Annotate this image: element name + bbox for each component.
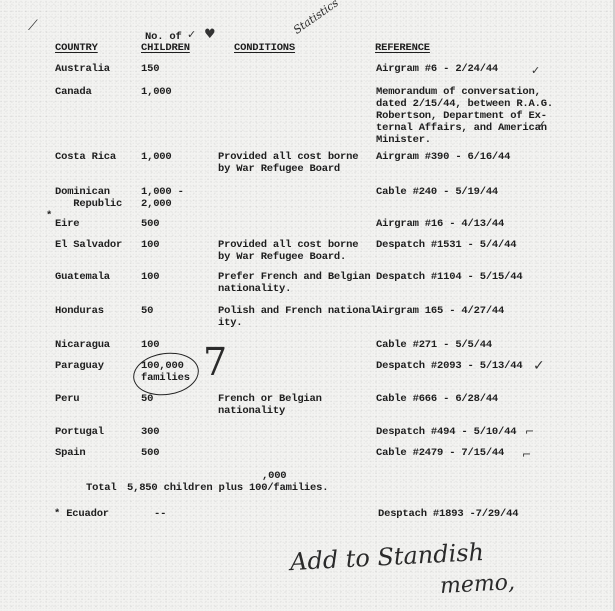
handwritten-note-line1: Add to Standish (289, 538, 484, 576)
row-children: 500 (141, 218, 159, 230)
handwritten-statistics-note: Statistics (291, 0, 341, 37)
row-reference: Despatch #2093 - 5/13/44 (376, 360, 522, 372)
ink-blot-icon: ♥ (204, 27, 216, 42)
row-reference: Airgram #6 - 2/24/44 (376, 63, 498, 75)
row-reference: Cable #240 - 5/19/44 (376, 186, 498, 198)
row-reference: Cable #666 - 6/28/44 (376, 393, 498, 405)
row-reference: Despatch #1104 - 5/15/44 (376, 271, 522, 283)
header-country: COUNTRY (55, 42, 98, 54)
row-country: Australia (55, 63, 110, 75)
row-reference: Memorandum of conversation, dated 2/15/4… (376, 86, 553, 146)
row-conditions: Provided all cost borne by War Refugee B… (218, 151, 358, 175)
row-children: 50 (141, 393, 153, 405)
total-insert: ,000 (262, 470, 286, 482)
checkmark-icon: ✓ (537, 118, 546, 131)
row-asterisk: * (46, 210, 52, 222)
row-country: Eire (55, 218, 79, 230)
row-reference: Cable #271 - 5/5/44 (376, 339, 492, 351)
corner-scribble-icon: ⟋ (28, 18, 38, 34)
row-reference: Airgram #16 - 4/13/44 (376, 218, 504, 230)
footnote-reference: Desptach #1893 -7/29/44 (378, 508, 518, 520)
header-reference: REFERENCE (375, 42, 430, 54)
checkmark-icon: ⌐ (522, 448, 531, 461)
checkmark-icon: ⌐ (525, 425, 534, 438)
checkmark-icon: ✓ (533, 358, 545, 374)
row-country: Honduras (55, 305, 104, 317)
footnote-children: -- (154, 508, 166, 520)
total-label: Total (86, 482, 117, 494)
row-reference: Airgram #390 - 6/16/44 (376, 151, 510, 163)
row-reference: Cable #2479 - 7/15/44 (376, 447, 504, 459)
row-conditions: Prefer French and Belgian nationality. (218, 271, 371, 295)
checkmark-icon: ✓ (531, 64, 540, 77)
document-page: COUNTRY No. of CHILDREN CONDITIONS REFER… (0, 0, 615, 611)
handwritten-note-line2: memo, (439, 570, 515, 599)
row-children: 300 (141, 426, 159, 438)
row-country: Canada (55, 86, 92, 98)
row-country: Guatemala (55, 271, 110, 283)
handwritten-circle (130, 349, 201, 400)
row-children: 100 (141, 271, 159, 283)
row-children: 1,000 - 2,000 (141, 186, 184, 210)
row-country: Portugal (55, 426, 104, 438)
row-children: 1,000 (141, 86, 172, 98)
row-country: Costa Rica (55, 151, 116, 163)
row-children: 500 (141, 447, 159, 459)
handwritten-arrow-mark: 7 (203, 340, 227, 384)
row-conditions: Provided all cost borne by War Refugee B… (218, 239, 358, 263)
header-children-line2: CHILDREN (141, 42, 190, 54)
row-country: El Salvador (55, 239, 122, 251)
row-conditions: Polish and French national- ity. (218, 305, 383, 329)
row-children: 50 (141, 305, 153, 317)
total-text: 5,850 children plus 100/families. (127, 482, 328, 494)
row-children: 100 (141, 339, 159, 351)
header-conditions: CONDITIONS (234, 42, 295, 54)
row-children: 150 (141, 63, 159, 75)
row-country: Peru (55, 393, 79, 405)
row-reference: Despatch #1531 - 5/4/44 (376, 239, 516, 251)
row-country: Spain (55, 447, 86, 459)
row-children: 1,000 (141, 151, 172, 163)
row-reference: Despatch #494 - 5/10/44 (376, 426, 516, 438)
row-country: Paraguay (55, 360, 104, 372)
row-conditions: French or Belgian nationality (218, 393, 322, 417)
row-country: Dominican Republic (55, 186, 122, 210)
row-children: 100 (141, 239, 159, 251)
checkmark-icon: ✓ (187, 28, 196, 41)
footnote-country: * Ecuador (54, 508, 109, 520)
row-country: Nicaragua (55, 339, 110, 351)
row-reference: Airgram 165 - 4/27/44 (376, 305, 504, 317)
